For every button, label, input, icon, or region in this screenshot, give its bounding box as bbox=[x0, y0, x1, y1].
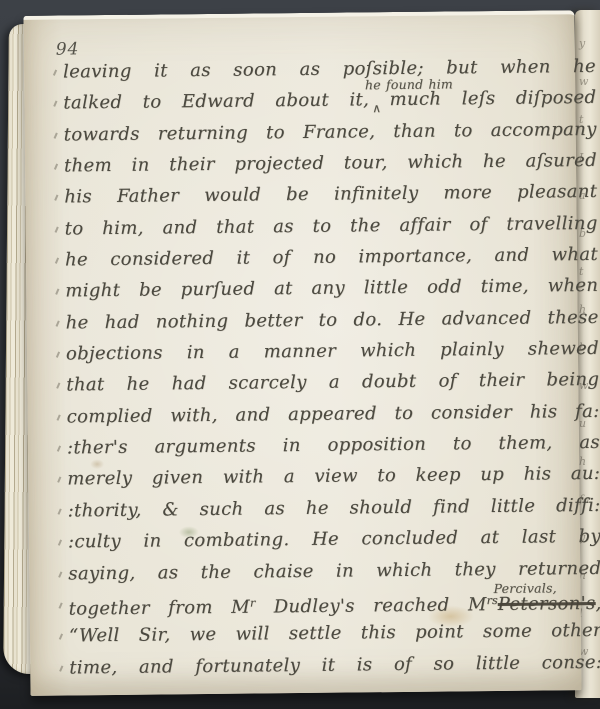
strikethrough-word: Peterson's bbox=[498, 593, 596, 615]
line-text: might be purſued at any little odd time,… bbox=[65, 275, 598, 302]
line-text: :ther's arguments in opposition to them,… bbox=[67, 432, 600, 459]
line-text: leaving it as soon as poſsible; but when… bbox=[63, 56, 596, 83]
line-text: complied with, and appeared to consider … bbox=[67, 401, 600, 428]
line-text: :thority, & such as he should find littl… bbox=[68, 495, 600, 522]
line-text: that he had scarcely a doubt of their be… bbox=[66, 369, 599, 396]
line-text: them in their projected tour, which he a… bbox=[64, 150, 597, 177]
line-text: talked to Edward about it, bbox=[63, 90, 369, 114]
caret-mark: ∧ bbox=[372, 103, 381, 115]
line-text: together from M bbox=[69, 597, 251, 620]
line-text: time, and fortunately it is of so little… bbox=[69, 651, 600, 678]
line-text: he considered it of no importance, and w… bbox=[65, 244, 598, 271]
line-text: towards returning to France, than to acc… bbox=[64, 119, 597, 146]
text-block: leaving it as soon as poſsible; but when… bbox=[63, 51, 600, 683]
line-text: merely given with a view to keep up his … bbox=[67, 463, 600, 490]
interlinear-insertion: he found him bbox=[365, 78, 453, 91]
line-text: Dudley's reached M bbox=[255, 594, 487, 617]
line-text: his Father would be infinitely more plea… bbox=[64, 181, 597, 208]
line-text: he had nothing better to do. He advanced… bbox=[66, 307, 599, 334]
manuscript-line: time, and fortunately it is of so little… bbox=[69, 646, 600, 683]
manuscript-page: 94 leaving it as soon as poſsible; but w… bbox=[23, 10, 581, 696]
manuscript-photo: ywtIabthbwuhfayhlw 94 leaving it as soon… bbox=[0, 0, 600, 709]
line-text: , bbox=[595, 593, 600, 614]
line-text: “Well Sir, we will settle this point som… bbox=[69, 620, 600, 647]
line-text: objections in a manner which plainly she… bbox=[66, 338, 599, 365]
line-text: to him, and that as to the affair of tra… bbox=[65, 213, 598, 240]
facing-page-text-fragment: y bbox=[579, 38, 597, 49]
line-text: saying, as the chaise in which they retu… bbox=[68, 557, 600, 584]
line-text: :culty in combating. He concluded at las… bbox=[68, 526, 600, 553]
